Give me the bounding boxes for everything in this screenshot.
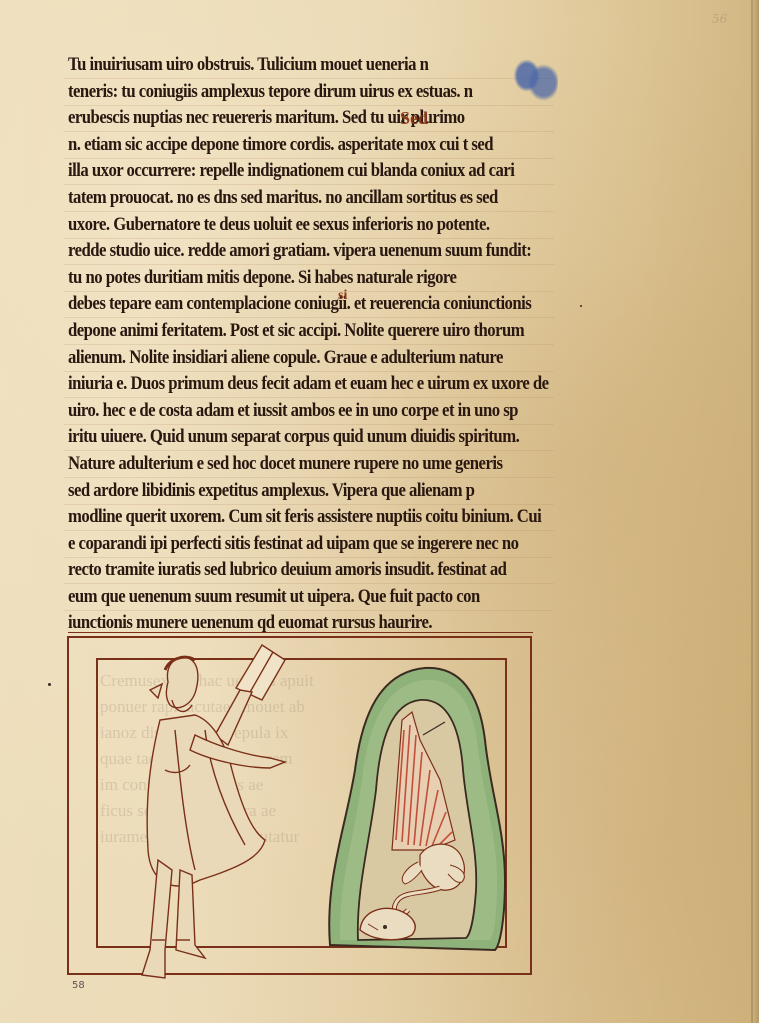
- pencil-folio-number: 58: [72, 980, 85, 991]
- illustration-artwork: [0, 0, 759, 1023]
- manuscript-folio: 56 Tu inuiriusam uiro obstruis. Tulicium…: [0, 0, 759, 1023]
- ink-speck: [48, 683, 51, 686]
- man-with-book-icon: [142, 645, 285, 978]
- ink-speck: [580, 305, 582, 307]
